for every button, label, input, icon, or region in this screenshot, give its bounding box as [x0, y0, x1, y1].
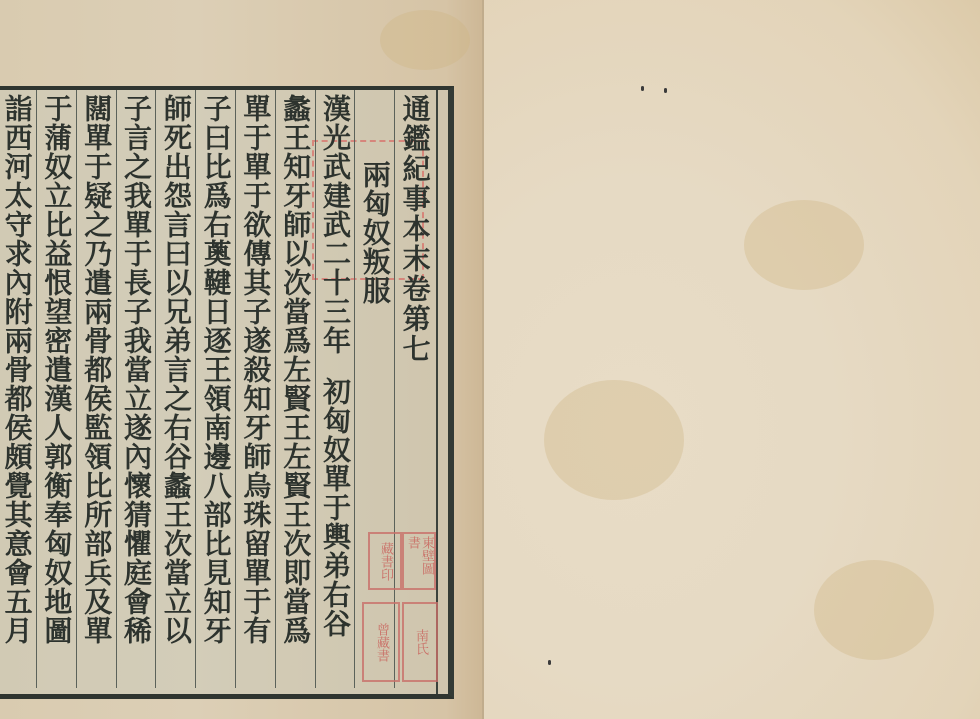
paper-speck — [664, 88, 667, 93]
chapter-title: 兩匈奴叛服 — [356, 160, 394, 305]
paper-stain — [744, 200, 864, 290]
column-title: 通鑑紀事本末卷第七 — [394, 90, 434, 688]
paper-stain — [380, 10, 470, 70]
column-5: 單于單于欲傳其子遂殺知牙師烏珠留單于有 — [235, 90, 275, 688]
paper-stain — [814, 560, 934, 660]
column-9: 闊單于疑之乃遣兩骨都侯監領比所部兵及單 — [76, 90, 116, 688]
text-line: 于蒲奴立比益恨望密遣漢人郭衡奉匈奴地圖 — [37, 94, 75, 645]
text-line: 詣西河太守求內附兩骨都侯頗覺其意會五月 — [0, 94, 36, 645]
column-7: 師死出怨言曰以兄弟言之右谷蠡王次當立以 — [155, 90, 195, 688]
seal-bottom-left: 曾藏書 — [362, 602, 400, 682]
column-8: 子言之我單于長子我當立遂內懷猜懼庭會稀 — [116, 90, 156, 688]
text-line: 闊單于疑之乃遣兩骨都侯監領比所部兵及單 — [77, 94, 115, 645]
column-6: 子曰比爲右薁鞬日逐王領南邊八部比見知牙 — [195, 90, 235, 688]
paper-stain — [544, 380, 684, 500]
seal-bottom-right: 南氏 — [402, 602, 438, 682]
column-10: 于蒲奴立比益恨望密遣漢人郭衡奉匈奴地圖 — [36, 90, 76, 688]
text-line: 單于單于欲傳其子遂殺知牙師烏珠留單于有 — [236, 94, 274, 645]
text-line: 初匈奴單于輿弟右谷 — [316, 377, 354, 638]
era-heading: 漢光武建武二十三年 — [316, 94, 354, 355]
column-3: 漢光武建武二十三年 初匈奴單于輿弟右谷 — [315, 90, 355, 688]
book-title: 通鑑紀事本末卷第七 — [396, 94, 434, 364]
column-11: 詣西河太守求內附兩骨都侯頗覺其意會五月 — [0, 90, 36, 688]
text-line: 子曰比爲右薁鞬日逐王領南邊八部比見知牙 — [197, 94, 235, 645]
text-line: 蠡王知牙師以次當爲左賢王左賢王次即當爲 — [276, 94, 314, 645]
right-page-blank — [484, 0, 980, 719]
paper-speck — [548, 660, 551, 665]
paper-speck — [641, 86, 644, 91]
column-4: 蠡王知牙師以次當爲左賢王左賢王次即當爲 — [275, 90, 315, 688]
seal-top-left: 藏書印 — [368, 532, 402, 590]
left-page: 通鑑紀事本末卷第七 兩匈奴叛服 漢光武建武二十三年 初匈奴單于輿弟右谷 蠡王知牙… — [0, 0, 484, 719]
seal-top-right: 東壁圖書 — [402, 532, 436, 590]
text-line: 師死出怨言曰以兄弟言之右谷蠡王次當立以 — [157, 94, 195, 645]
text-line: 子言之我單于長子我當立遂內懷猜懼庭會稀 — [117, 94, 155, 645]
column-chapter: 兩匈奴叛服 — [354, 90, 394, 688]
text-columns: 通鑑紀事本末卷第七 兩匈奴叛服 漢光武建武二十三年 初匈奴單于輿弟右谷 蠡王知牙… — [0, 90, 434, 688]
